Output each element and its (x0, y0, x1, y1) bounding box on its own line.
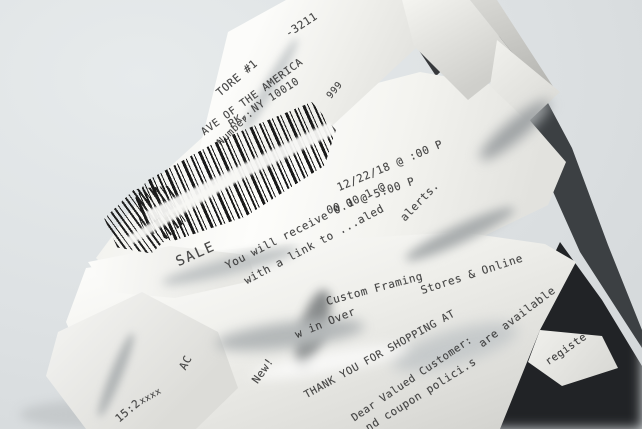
receipt-text-register-fragment: registe (543, 331, 589, 368)
paper-facet-top-right-tip (488, 38, 564, 126)
receipt-text-in-over-fragment: w in Over (293, 305, 357, 341)
receipt-text-new-fragment: New! (249, 355, 276, 386)
paper-facet-bottom-left-flap (44, 290, 244, 429)
receipt-text-custom-framing-line: Custom Framing (325, 270, 425, 308)
paper-facet-top-right-spike (400, 0, 520, 102)
crease-right-fold (474, 93, 556, 166)
receipt-text-sale-label: SALE (173, 238, 218, 270)
receipt-text-store-code: 999 (325, 80, 345, 101)
shadow-right-sliver (520, 80, 642, 350)
photo-crumpled-receipt: -3211 TORE #1 AVE OF THE AMERICA RK, NY … (0, 0, 642, 429)
shadow-top-spike-1 (408, 20, 468, 86)
receipt-text-available-line: are available (476, 284, 558, 350)
receipt-text-time-fragment: 15:2 (113, 397, 143, 425)
paper-facet-top-right-fold (468, 0, 558, 90)
receipt-text-ac-fragment: AC (177, 353, 195, 372)
receipt-text-phone-number-fragment: -3211 (283, 10, 320, 40)
shadow-top-spike-2 (462, 6, 546, 106)
receipt-text-stores-online-line: Stores & Online (419, 252, 525, 297)
paper-facet-left-spike (84, 242, 260, 302)
receipt-text-x-marks-fragment: xxxx (138, 386, 164, 407)
